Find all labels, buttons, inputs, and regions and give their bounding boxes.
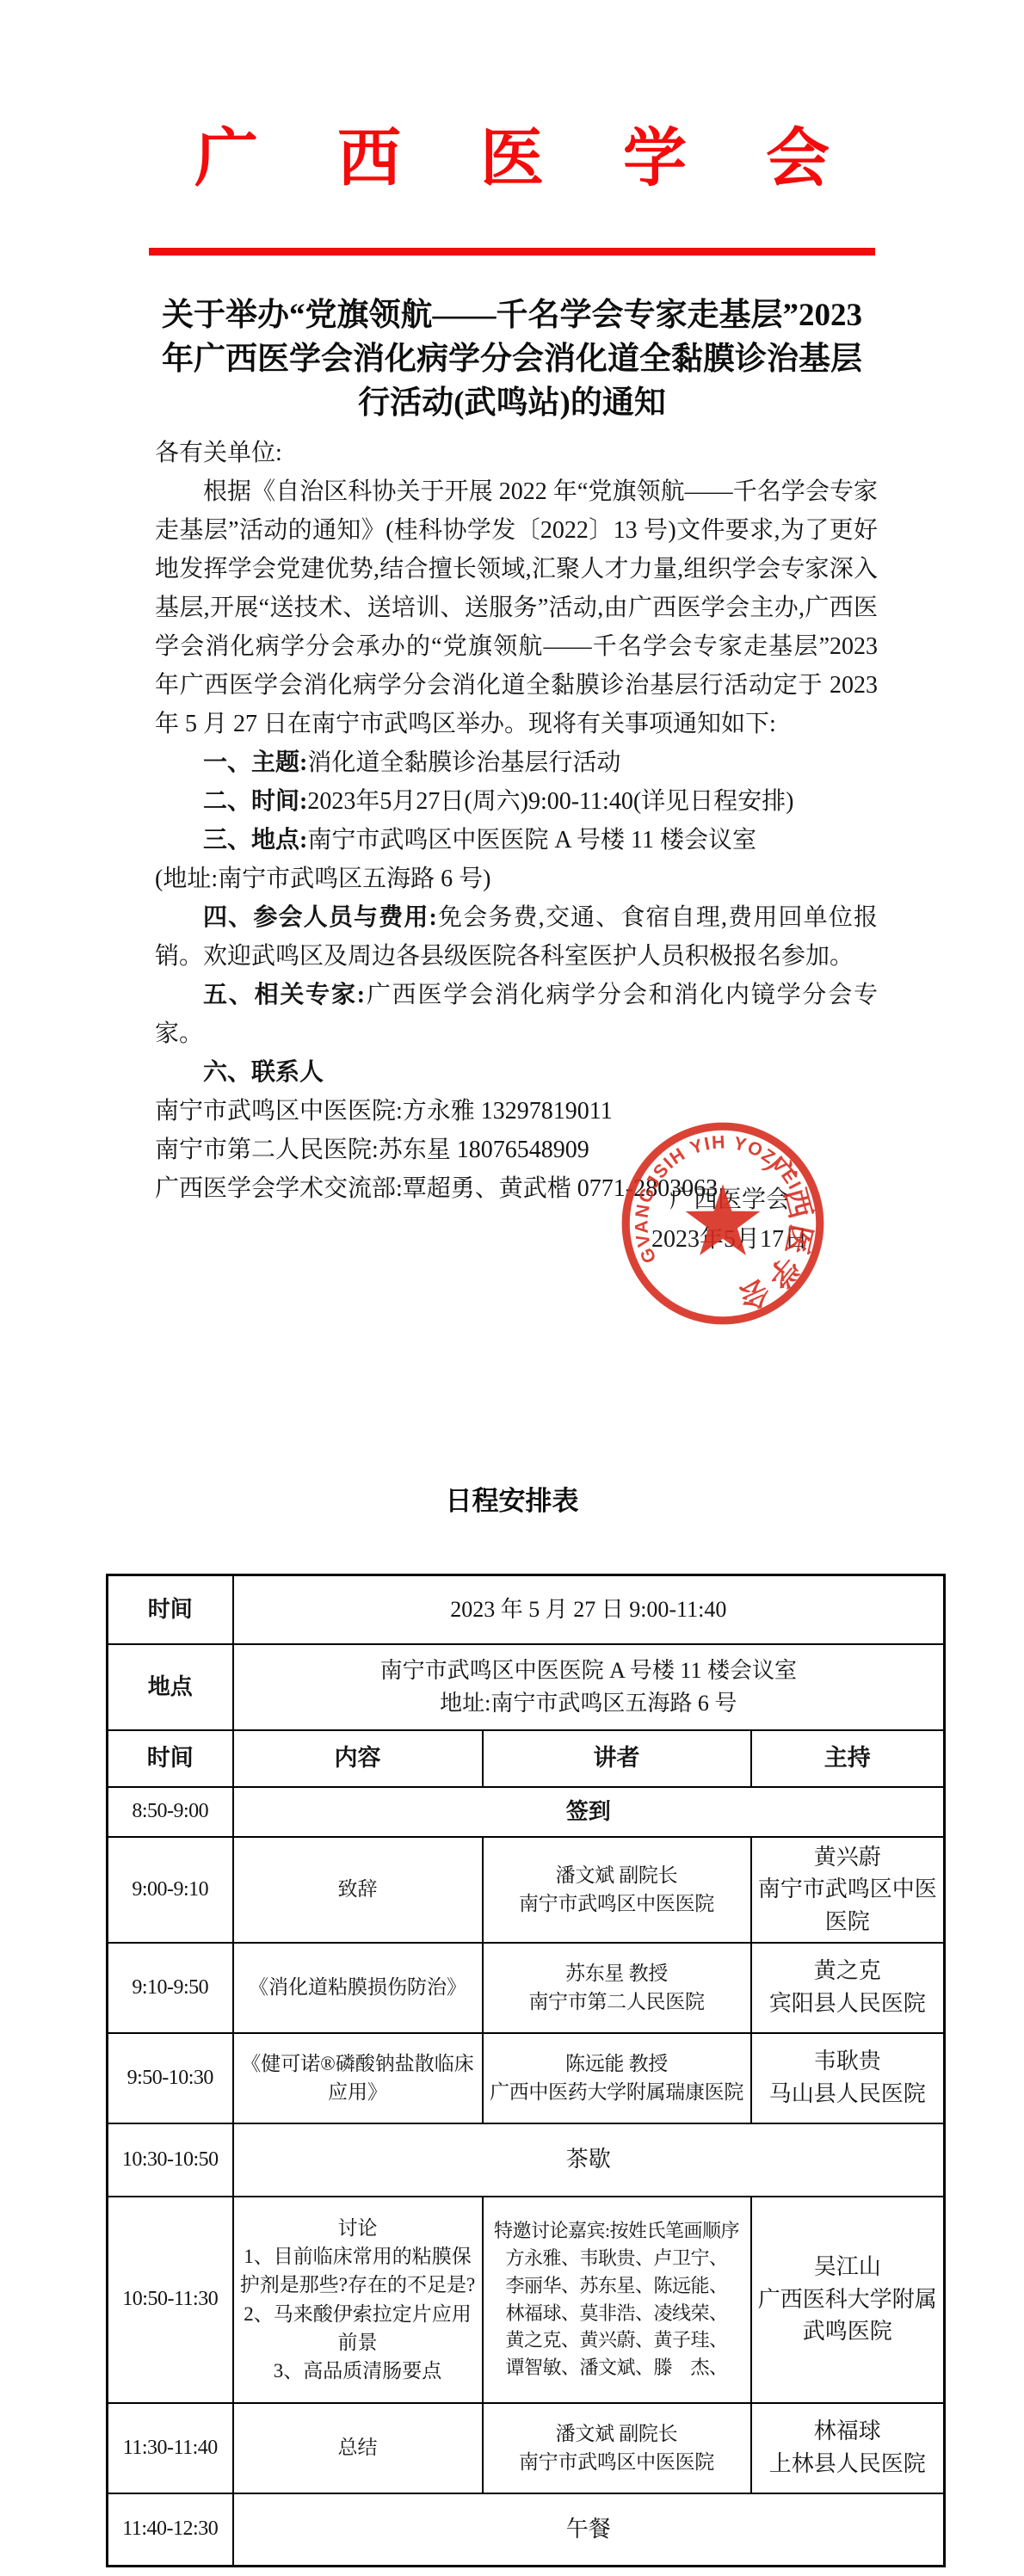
span-cell: 签到 — [233, 1787, 945, 1837]
table-row: 10:50-11:30 讨论 1、目前临床常用的粘膜保护剂是那些?存在的不足是?… — [108, 2197, 945, 2403]
content-cell: 致辞 — [233, 1837, 483, 1943]
column-header-cell: 讲者 — [483, 1730, 751, 1787]
time-cell: 11:40-12:30 — [108, 2493, 233, 2567]
table-row: 10:30-10:50 茶歇 — [108, 2123, 945, 2197]
speaker-cell: 特邀讨论嘉宾:按姓氏笔画顺序 方永雅、韦耿贵、卢卫宁、 李丽华、苏东星、陈远能、… — [483, 2197, 751, 2403]
span-cell: 午餐 — [233, 2493, 945, 2567]
span-cell: 茶歇 — [233, 2123, 945, 2197]
table-header-row: 时间 内容 讲者 主持 — [108, 1730, 945, 1787]
host-cell: 吴江山 广西医科大学附属武鸣医院 — [751, 2197, 945, 2403]
item-time: 二、时间:2023年5月27日(周六)9:00-11:40(详见日程安排) — [155, 782, 878, 821]
time-cell: 11:30-11:40 — [108, 2403, 233, 2493]
host-cell: 黄之克 宾阳县人民医院 — [751, 1943, 945, 2033]
content-cell: 《消化道粘膜损伤防治》 — [233, 1943, 483, 2033]
table-row: 9:00-9:10 致辞 潘文斌 副院长 南宁市武鸣区中医医院 黄兴蔚 南宁市武… — [108, 1837, 945, 1943]
table-row: 11:40-12:30 午餐 — [108, 2493, 945, 2567]
table-row: 9:50-10:30 《健可诺®磷酸钠盐散临床应用》 陈远能 教授 广西中医药大… — [108, 2033, 945, 2123]
notice-paragraph: 根据《自治区科协关于开展 2022 年“党旗领航——千名学会专家走基层”活动的通… — [155, 472, 878, 743]
meta-label-cell: 地点 — [108, 1644, 233, 1730]
speaker-cell: 潘文斌 副院长 南宁市武鸣区中医医院 — [483, 1837, 751, 1943]
schedule-section: 日程安排表 时间 2023 年 5 月 27 日 9:00-11:40 地点 南… — [0, 1482, 1024, 2567]
content-cell: 《健可诺®磷酸钠盐散临床应用》 — [233, 2033, 483, 2123]
official-seal: GVANGJSIH YIH YOZVEI 广 西 医 学 会 — [614, 1115, 831, 1332]
speaker-cell: 苏东星 教授 南宁市第二人民医院 — [483, 1943, 751, 2033]
time-cell: 10:50-11:30 — [108, 2197, 233, 2403]
column-header-cell: 时间 — [108, 1730, 233, 1787]
speaker-cell: 陈远能 教授 广西中医药大学附属瑞康医院 — [483, 2033, 751, 2123]
column-header-cell: 主持 — [751, 1730, 945, 1787]
seal-char: 西 — [778, 1185, 817, 1222]
item-label: 四、参会人员与费用: — [203, 904, 437, 931]
notice-page: 广西医学会 关于举办“党旗领航——千名学会专家走基层”2023 年广西医学会消化… — [0, 0, 1024, 2576]
schedule-title: 日程安排表 — [0, 1482, 1024, 1520]
org-title: 广西医学会 — [0, 0, 1024, 193]
item-text: 消化道全黏膜诊治基层行活动 — [307, 749, 620, 776]
time-cell: 9:10-9:50 — [108, 1943, 233, 2033]
item-label: 二、时间: — [203, 788, 307, 815]
host-cell: 林福球 上林县人民医院 — [751, 2403, 945, 2493]
item-place: 三、地点:南宁市武鸣区中医医院 A 号楼 11 楼会议室 — [155, 821, 878, 860]
item-text: 2023年5月27日(周六)9:00-11:40(详见日程安排) — [307, 788, 793, 815]
seal-star-icon — [686, 1184, 761, 1255]
item-contacts-heading: 六、联系人 — [155, 1053, 878, 1092]
time-cell: 9:50-10:30 — [108, 2033, 233, 2123]
column-header-cell: 内容 — [233, 1730, 483, 1787]
item-label: 五、相关专家: — [203, 982, 365, 1008]
speaker-cell: 潘文斌 副院长 南宁市武鸣区中医医院 — [483, 2403, 751, 2493]
seal-char: 医 — [779, 1222, 817, 1258]
item-label: 三、地点: — [203, 827, 307, 854]
meta-label-cell: 时间 — [108, 1575, 233, 1644]
meta-value-cell: 南宁市武鸣区中医医院 A 号楼 11 楼会议室 地址:南宁市武鸣区五海路 6 号 — [233, 1644, 945, 1730]
content-cell: 讨论 1、目前临床常用的粘膜保护剂是那些?存在的不足是? 2、马来酸伊索拉定片应… — [233, 2197, 483, 2403]
salutation: 各有关单位: — [155, 434, 878, 472]
item-topic: 一、主题:消化道全黏膜诊治基层行活动 — [155, 743, 878, 782]
time-cell: 8:50-9:00 — [108, 1787, 233, 1837]
schedule-table: 时间 2023 年 5 月 27 日 9:00-11:40 地点 南宁市武鸣区中… — [106, 1574, 946, 2567]
time-cell: 9:00-9:10 — [108, 1837, 233, 1943]
host-cell: 黄兴蔚 南宁市武鸣区中医医院 — [751, 1837, 945, 1943]
item-participants-fee: 四、参会人员与费用:免会务费,交通、食宿自理,费用回单位报销。欢迎武鸣区及周边各… — [155, 898, 878, 976]
item-experts: 五、相关专家:广西医学会消化病学分会和消化内镜学分会专家。 — [155, 976, 878, 1053]
red-divider — [149, 248, 875, 256]
meta-value-cell: 2023 年 5 月 27 日 9:00-11:40 — [233, 1575, 945, 1644]
host-cell: 韦耿贵 马山县人民医院 — [751, 2033, 945, 2123]
item-text: (地址:南宁市武鸣区五海路 6 号) — [155, 866, 490, 892]
doc-title: 关于举办“党旗领航——千名学会专家走基层”2023 年广西医学会消化病学分会消化… — [103, 293, 921, 425]
time-cell: 10:30-10:50 — [108, 2123, 233, 2197]
table-row: 9:10-9:50 《消化道粘膜损伤防治》 苏东星 教授 南宁市第二人民医院 黄… — [108, 1943, 945, 2033]
seal-graphic: GVANGJSIH YIH YOZVEI 广 西 医 学 会 — [614, 1115, 831, 1332]
item-label: 六、联系人 — [203, 1059, 324, 1086]
item-text: 南宁市武鸣区中医医院 A 号楼 11 楼会议室 — [307, 827, 756, 854]
table-row: 8:50-9:00 签到 — [108, 1787, 945, 1837]
notice-body: 各有关单位: 根据《自治区科协关于开展 2022 年“党旗领航——千名学会专家走… — [155, 434, 878, 1208]
content-cell: 总结 — [233, 2403, 483, 2493]
item-address: (地址:南宁市武鸣区五海路 6 号) — [155, 860, 878, 898]
table-row: 时间 2023 年 5 月 27 日 9:00-11:40 — [108, 1575, 945, 1644]
table-row: 地点 南宁市武鸣区中医医院 A 号楼 11 楼会议室 地址:南宁市武鸣区五海路 … — [108, 1644, 945, 1730]
table-row: 11:30-11:40 总结 潘文斌 副院长 南宁市武鸣区中医医院 林福球 上林… — [108, 2403, 945, 2493]
item-label: 一、主题: — [203, 749, 307, 776]
